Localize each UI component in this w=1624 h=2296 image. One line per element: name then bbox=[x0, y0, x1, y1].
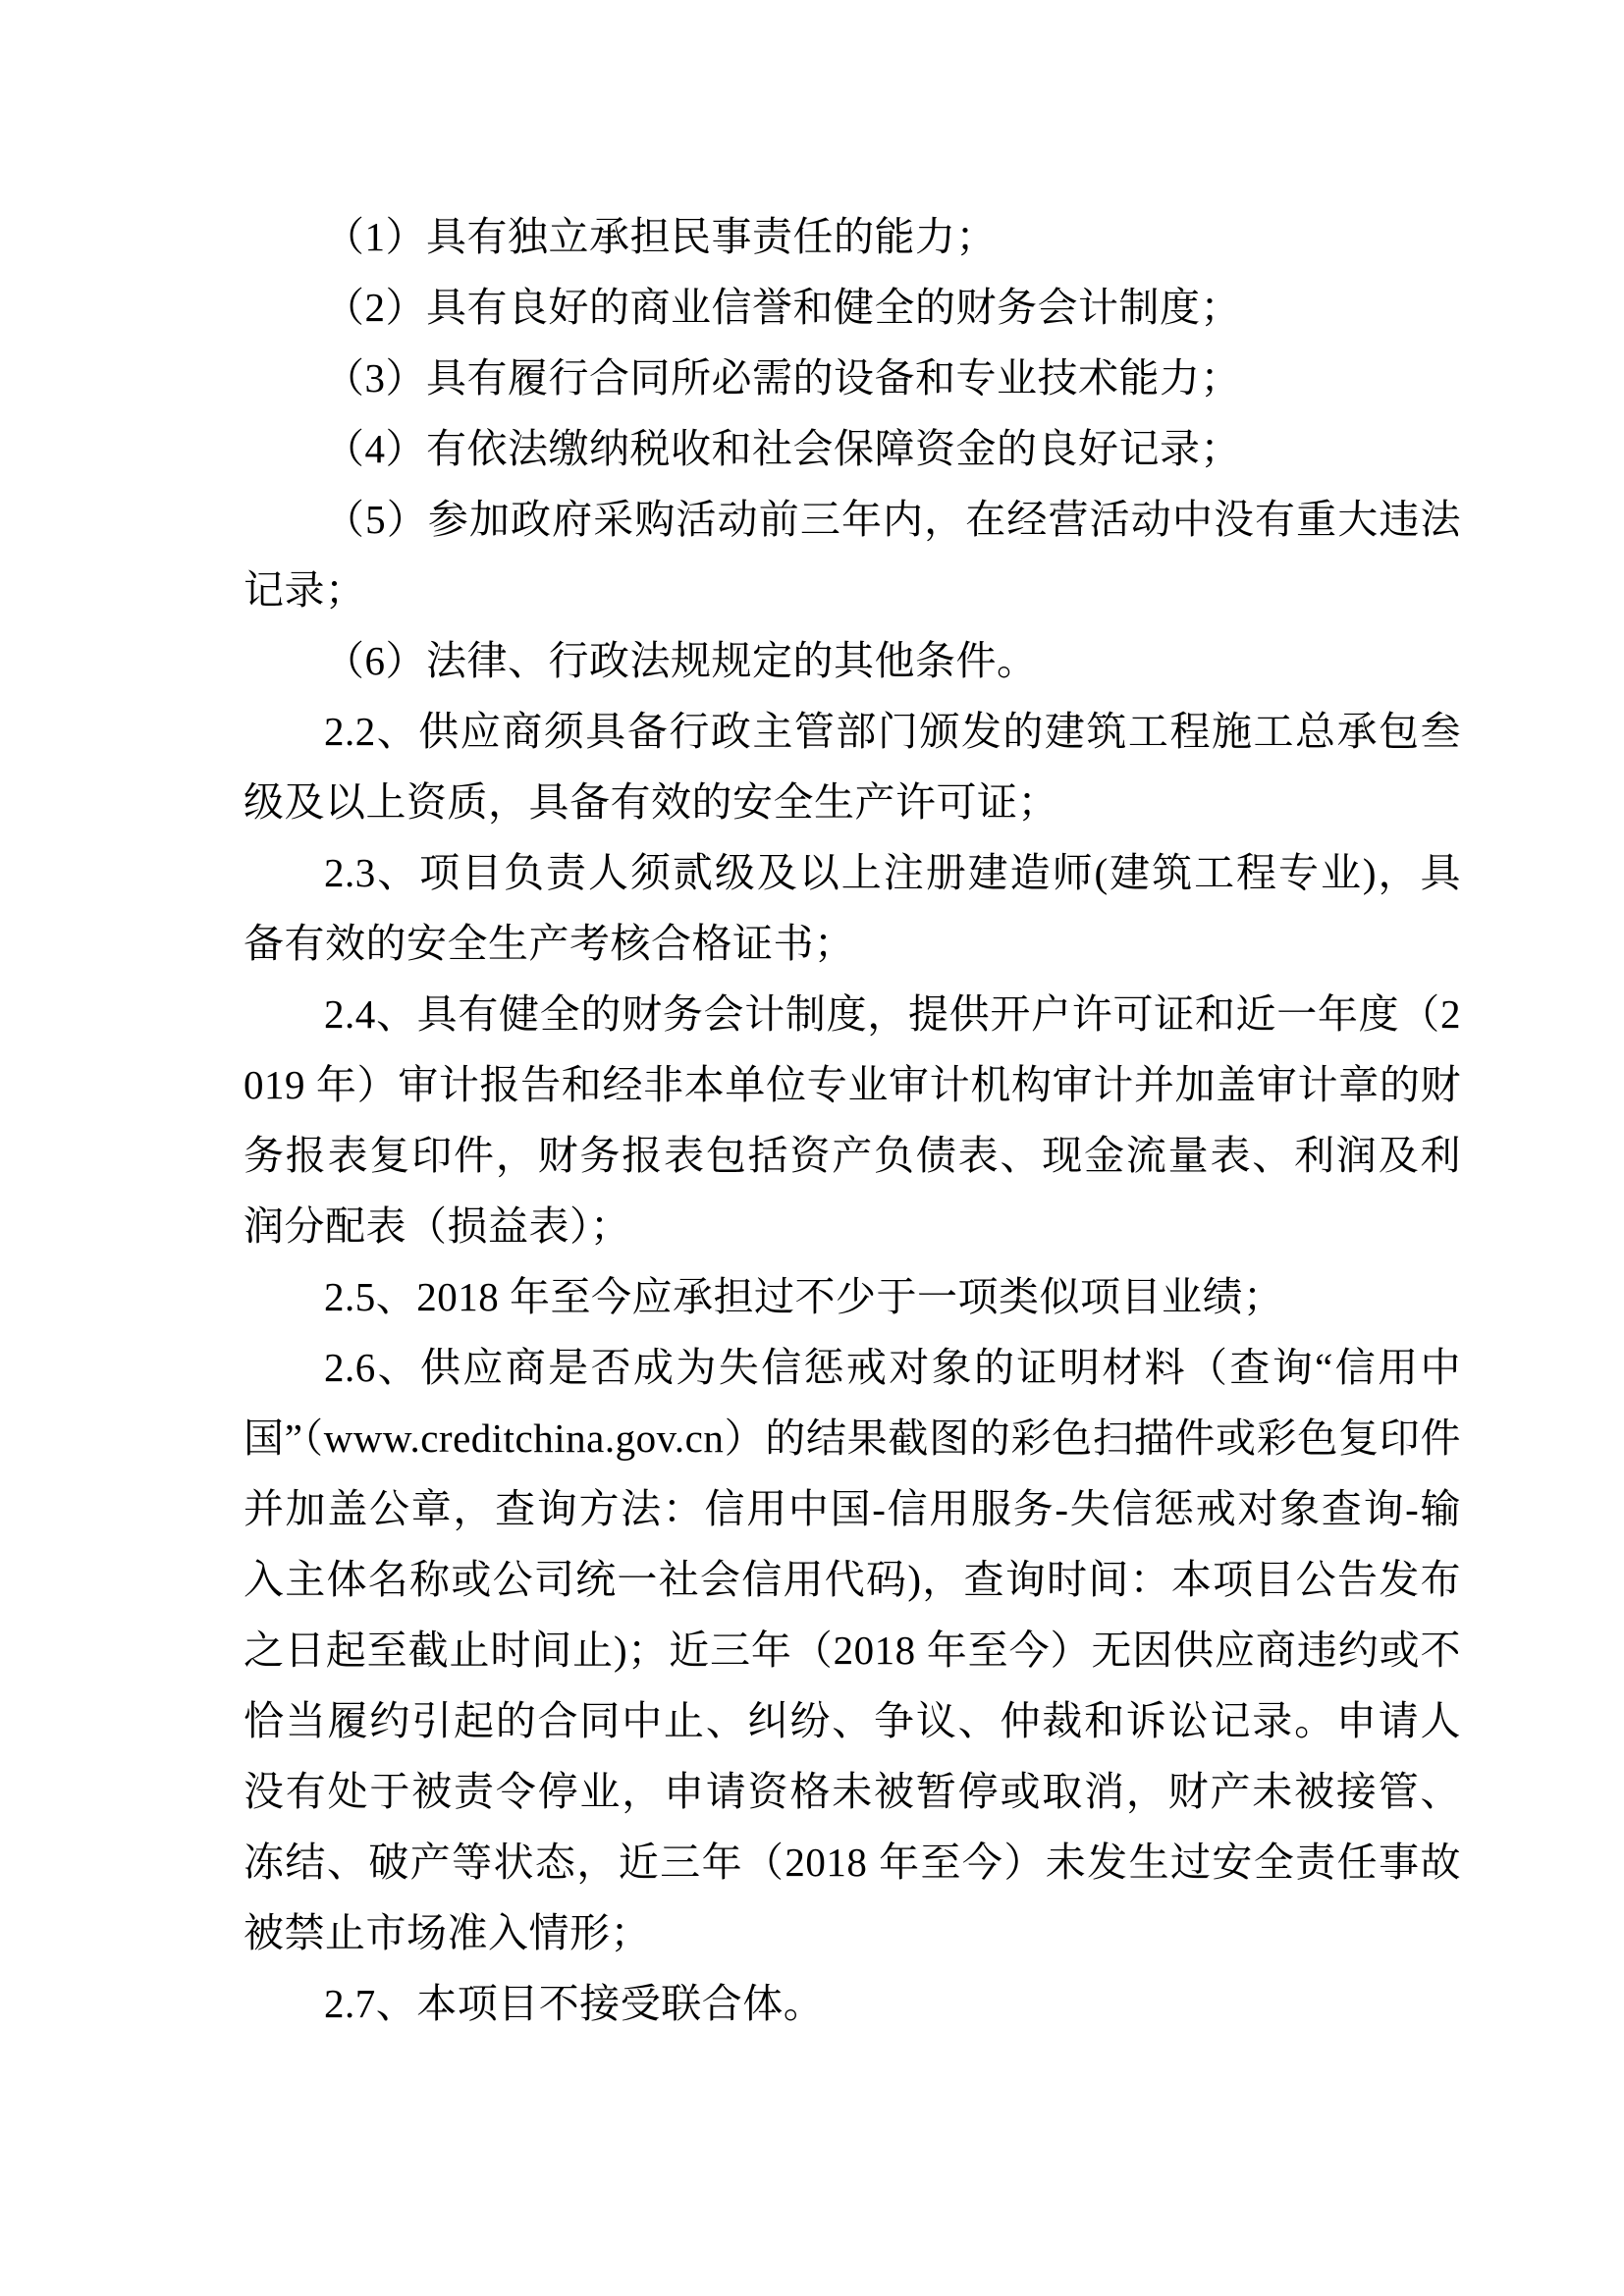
paragraph: （6）法律、行政法规规定的其他条件。 bbox=[244, 625, 1461, 696]
paragraph: （2）具有良好的商业信誉和健全的财务会计制度； bbox=[244, 272, 1461, 343]
paragraph: 2.6、供应商是否成为失信惩戒对象的证明材料（查询“信用中国”（www.cred… bbox=[244, 1332, 1461, 1968]
document-body: （1）具有独立承担民事责任的能力；（2）具有良好的商业信誉和健全的财务会计制度；… bbox=[244, 201, 1461, 2039]
paragraph: 2.2、供应商须具备行政主管部门颁发的建筑工程施工总承包叁级及以上资质，具备有效… bbox=[244, 696, 1461, 837]
paragraph: 2.7、本项目不接受联合体。 bbox=[244, 1968, 1461, 2039]
paragraph: （3）具有履行合同所必需的设备和专业技术能力； bbox=[244, 343, 1461, 413]
document-page: （1）具有独立承担民事责任的能力；（2）具有良好的商业信誉和健全的财务会计制度；… bbox=[0, 0, 1624, 2296]
paragraph: 2.3、项目负责人须贰级及以上注册建造师(建筑工程专业)，具备有效的安全生产考核… bbox=[244, 837, 1461, 979]
paragraph: 2.5、2018 年至今应承担过不少于一项类似项目业绩； bbox=[244, 1261, 1461, 1332]
paragraph: （1）具有独立承担民事责任的能力； bbox=[244, 201, 1461, 272]
paragraph: （5）参加政府采购活动前三年内，在经营活动中没有重大违法记录； bbox=[244, 484, 1461, 625]
paragraph: 2.4、具有健全的财务会计制度，提供开户许可证和近一年度（2019 年）审计报告… bbox=[244, 979, 1461, 1261]
paragraph: （4）有依法缴纳税收和社会保障资金的良好记录； bbox=[244, 413, 1461, 484]
